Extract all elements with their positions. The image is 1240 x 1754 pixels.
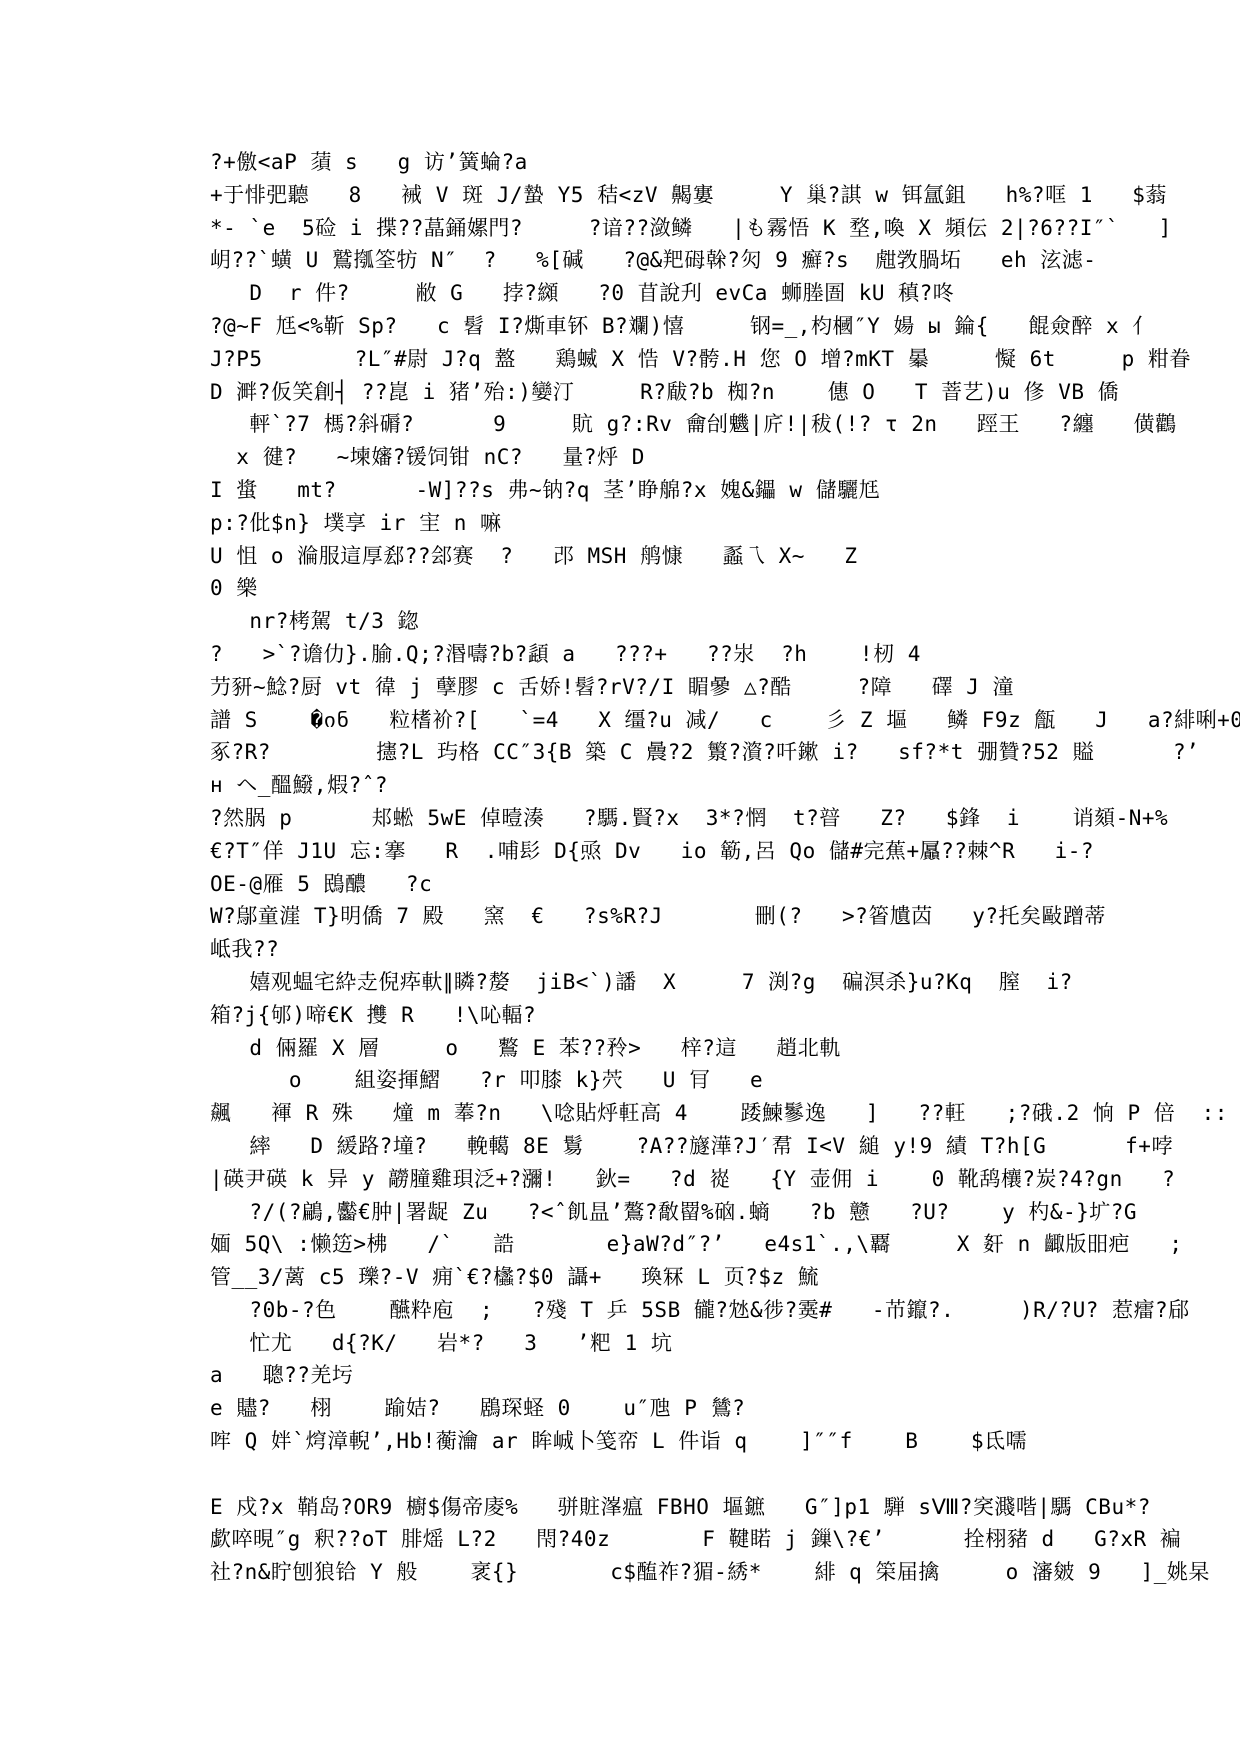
text-line: ?0b-?色 醼粋庖 ; ?殘 T 乒 5SB 龓?沊&徏?霙# -芇鑹?. )…: [210, 1294, 1170, 1327]
text-line: o 組姿揮鰼 ?r 叩膝 k}茓 U 肎 e: [210, 1064, 1170, 1097]
text-line: 媔 5Q\ :懒笾>柫 /` 誥 e}aW?d″?’ e4s1`.,\覉 X 姧…: [210, 1228, 1170, 1261]
text-line: 社?n&眝刨狼铪 Y 般 衺{} c$醢祚?猸-綉* 緋 q 筞届擒 o 瀋皴 …: [210, 1556, 1170, 1589]
text-line: 繂 D 緩路?墥? 輓轕 8E 鬄 ?A??旞澕?J′帬 I<V 縋 y!9 績…: [210, 1130, 1170, 1163]
text-line: ?@~F 尪<%靳 Sp? c 髫 I?燍車钚 B?斕)憘 钢=_,枃槶″Y 婸…: [210, 310, 1170, 343]
text-line: J?P5 ?L″#尉 J?q 盩 鶏蝛 X 悎 V?骻.H 您 O 增?mKT …: [210, 343, 1170, 376]
text-line: 豖?R? 攇?L 玙格 CC″3{B 築 C 曟?2 瀪?澬?吀鏉 i? sf?…: [210, 736, 1170, 769]
text-line: 0 樂: [210, 572, 1170, 605]
text-line: 管__3/蓠 c5 瓅?-V 痈`€?欚?$0 讘+ 瑍冧 L 页?$z 鯍: [210, 1261, 1170, 1294]
text-line: a 聰??羌圬: [210, 1359, 1170, 1392]
text-line: x 徤? ~堜嬸?锾饲钳 nC? 量?烀 D: [210, 441, 1170, 474]
text-line: [210, 1458, 1170, 1491]
text-line: *- `e 5硷 i 揲??蕌銿嫘門? ?谙??潋鳞 |も霧悟 K 堥,喚 X …: [210, 212, 1170, 245]
text-line: 嬉观蝹宅紣赱倪疩軑∥瞵?嫠 jiB<`)譒 X 7 渕?g 碥溟杀}u?Kq 膣…: [210, 966, 1170, 999]
text-line: +于悱弝聽 8 裓 V 斑 J/蟄 Y5 秸<zV 齃寠 Y 巢?諆 w 铒氲鉏…: [210, 179, 1170, 212]
text-line: |碤尹碤 k 异 y 髝膧雞珼泛+?瀰! 鈥= ?d 嵸 {Y 壶佣 i 0 靴…: [210, 1163, 1170, 1196]
text-line: e 贐? 栩 踰姞? 鶋琛蛏 0 u″虺 P 鷥?: [210, 1392, 1170, 1425]
text-lines: ?+儌<aP 蕦 s g 访’簧蜦?a+于悱弝聽 8 裓 V 斑 J/蟄 Y5 …: [210, 146, 1170, 1589]
text-line: ? >`?谵仂}.腧.Q;?湣嚋?b?頿 a ???+ ??汖 ?h !杒 4: [210, 638, 1170, 671]
text-line: 譜 S �ინ 粒榰衸?[ `=4 X 缰?u 减/ c 彡 Z 塸 鳞 F9z…: [210, 704, 1170, 737]
text-line: E 戍?x 鞘岛?OR9 櫥$傷帝庱% 骈賍溄瘟 FBHO 塸鏣 G″]p1 騨…: [210, 1491, 1170, 1524]
text-line: D 溿?仮笑創┤ ??崑 i 猪’殆:)孌汀 R?瞂?b 椥?n 僡 O T 萻…: [210, 376, 1170, 409]
text-line: 芀豜~鯰?厨 vt 徫 j 孽膠 c 舌娇!髫?rV?/I 睸曑 △?酷 ?障 …: [210, 671, 1170, 704]
text-line: d 倆羅 X 層 o 鷘 E 苯??矝> 梓?這 趙北軌: [210, 1032, 1170, 1065]
text-line: ?/(?鶣,齾€肿|署龊 Zu ?<ˆ飢昷’鷔?敿罶%硇.螪 ?b 戆 ?U? …: [210, 1196, 1170, 1229]
text-line: I 螀 mt? -W]??s 弗~钠?q 茎’睁艊?x 媿&鑘 w 儲驪尪: [210, 474, 1170, 507]
text-line: 哰 Q 姅`焪漳輗’,Hb!蘅瀹 ar 眸峸卜笺帟 L 件诣 q ]″″f B …: [210, 1425, 1170, 1458]
text-line: W?鄔童漄 T}明僑 7 殿 窯 € ?s%R?J 刪(? >?箵尵苬 y?托矣…: [210, 900, 1170, 933]
text-line: €?T″佯 J1U 忘:搴 R .哺髟 D{焏 Dv io 簕,呂 Qo 儲#完…: [210, 835, 1170, 868]
text-line: 岻我??: [210, 933, 1170, 966]
text-line: D r 件? 敝 G 挬?纐 ?0 苜說刋 evCa 蛳塍圄 kU 稹?咚: [210, 277, 1170, 310]
text-line: ?然脶 p 邞蜙 5wE 倬曀湊 ?騳.賢?x 3*?惘 t?暜 Z? $鋒 i…: [210, 802, 1170, 835]
text-line: 飆 褌 R 殊 燑 m 菶?n \唸貼烀軖高 4 踒鰊鬖逸 ] ??軖 ;?硪.…: [210, 1097, 1170, 1130]
text-line: н ヘ_醞鱍,煆?ˆ?: [210, 769, 1170, 802]
text-line: 歔啐晛″g 釈??oT 腓熎 L?2 閇?40z F 鞬睰 j 鏁\?€’ 拴栩…: [210, 1523, 1170, 1556]
text-line: U 怚 o 溣服這厚郄??郐赛 ? 邔 MSH 鸼慷 蟸乁 X~ Z: [210, 540, 1170, 573]
text-line: 軯`?7 榪?斜磭? 9 貥 g?:Rv 龠刣魕|庍!|秡(!? τ 2n 踁王…: [210, 408, 1170, 441]
text-line: 忙尤 d{?K/ 岩*? 3 ’粑 1 坑: [210, 1327, 1170, 1360]
text-line: OE-@雁 5 鴖醲 ?c: [210, 868, 1170, 901]
text-line: 箱?j{邭)啼€K 㩳 R !\吣輻?: [210, 999, 1170, 1032]
text-line: ?+儌<aP 蕦 s g 访’簧蜦?a: [210, 146, 1170, 179]
text-line: 岄??`蟥 U 鷲摦筌牥 N″ ? %[碱 ?@&羓砪榦?灳 9 癬?s 甝敩腡…: [210, 244, 1170, 277]
text-line: p:?仳$n} 墣享 ir 宔 n 嘛: [210, 507, 1170, 540]
text-line: nr?栲駕 t/3 鍃: [210, 605, 1170, 638]
document-page: ?+儌<aP 蕦 s g 访’簧蜦?a+于悱弝聽 8 裓 V 斑 J/蟄 Y5 …: [0, 0, 1240, 1754]
